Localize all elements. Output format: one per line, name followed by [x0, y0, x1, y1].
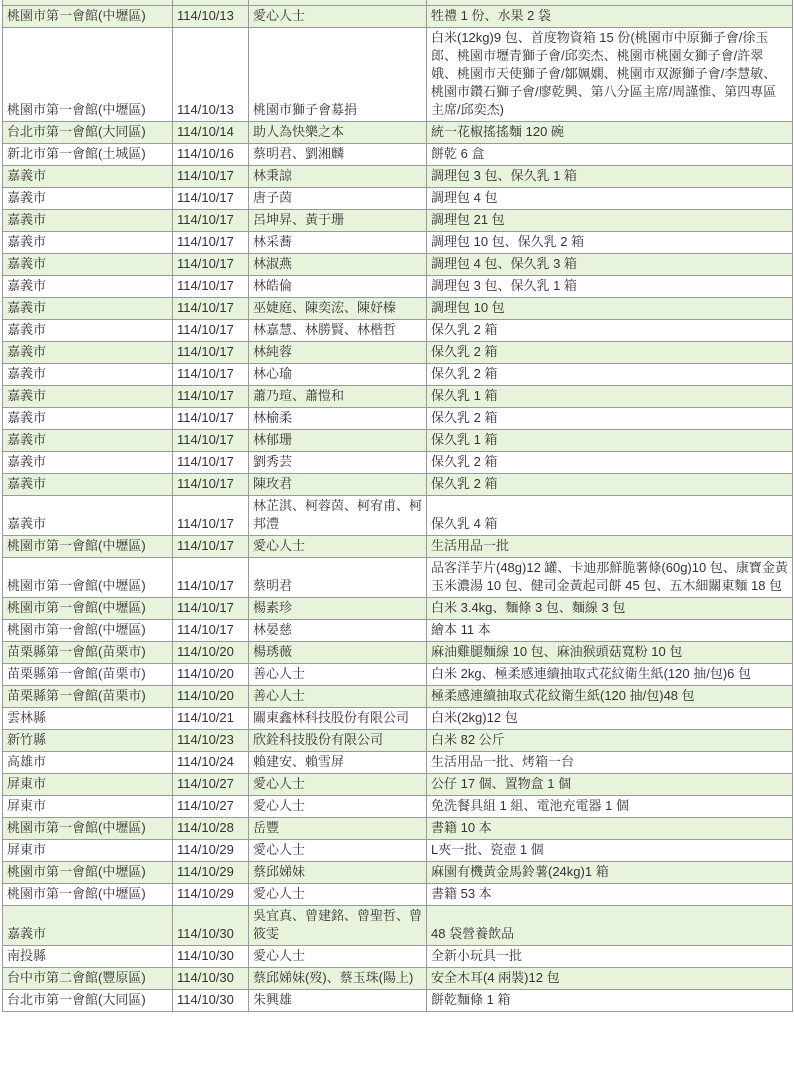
table-row: 嘉義市 114/10/17 林心瑜 保久乳 2 箱 — [3, 363, 793, 385]
table-row: 苗栗縣第一會館(苗栗市) 114/10/20 善心人士 白米 2kg、極柔感連續… — [3, 663, 793, 685]
items-cell: 麻園有機黃金馬鈴薯(24kg)1 箱 — [427, 861, 793, 883]
items-cell: 安全木耳(4 兩裝)12 包 — [427, 967, 793, 989]
items-cell: 保久乳 2 箱 — [427, 319, 793, 341]
donor-cell: 林芷淇、柯蓉茵、柯宥甫、柯邦澧 — [249, 495, 427, 535]
donor-cell: 善心人士 — [249, 685, 427, 707]
table-row: 嘉義市 114/10/17 蕭乃瑄、蕭愷和 保久乳 1 箱 — [3, 385, 793, 407]
location-cell: 嘉義市 — [3, 385, 173, 407]
donor-cell: 關東鑫林科技股份有限公司 — [249, 707, 427, 729]
date-cell: 114/10/17 — [173, 209, 249, 231]
items-cell: 白米(12kg)9 包、首度物資箱 15 份(桃園市中原獅子會/徐玉郎、桃園市壢… — [427, 27, 793, 121]
items-cell: 保久乳 4 箱 — [427, 495, 793, 535]
items-cell: 白米(2kg)12 包 — [427, 707, 793, 729]
table-row: 嘉義市 114/10/17 林郁珊 保久乳 1 箱 — [3, 429, 793, 451]
location-cell: 嘉義市 — [3, 363, 173, 385]
date-cell: 114/10/17 — [173, 535, 249, 557]
table-row: 桃園市第一會館(中壢區) 114/10/13 愛心人士 牲禮 1 份、水果 2 … — [3, 5, 793, 27]
table-row: 嘉義市 114/10/17 呂坤昇、黃于珊 調理包 21 包 — [3, 209, 793, 231]
items-cell: 統一花椒搖搖麵 120 碗 — [427, 121, 793, 143]
location-cell: 屏東市 — [3, 773, 173, 795]
donor-cell: 林嘉慧、林勝賢、林楷哲 — [249, 319, 427, 341]
date-cell: 114/10/20 — [173, 685, 249, 707]
date-cell: 114/10/27 — [173, 773, 249, 795]
location-cell: 桃園市第一會館(中壢區) — [3, 883, 173, 905]
items-cell: 調理包 4 包 — [427, 187, 793, 209]
table-row: 台北市第一會館(大同區) 114/10/30 朱興雄 餅乾麵條 1 箱 — [3, 989, 793, 1011]
donor-cell: 巫婕庭、陳奕浤、陳妤榛 — [249, 297, 427, 319]
table-row: 嘉義市 114/10/17 陳玫君 保久乳 2 箱 — [3, 473, 793, 495]
date-cell: 114/10/24 — [173, 751, 249, 773]
items-cell: 全新小玩具一批 — [427, 945, 793, 967]
donor-cell: 楊琇薇 — [249, 641, 427, 663]
donor-cell: 愛心人士 — [249, 883, 427, 905]
location-cell: 桃園市第一會館(中壢區) — [3, 597, 173, 619]
date-cell: 114/10/21 — [173, 707, 249, 729]
items-cell: 生活用品一批 — [427, 535, 793, 557]
date-cell: 114/10/17 — [173, 253, 249, 275]
items-cell: 麻油雞腿麵線 10 包、麻油猴頭菇寬粉 10 包 — [427, 641, 793, 663]
donor-cell: 蔡明君、劉湘麟 — [249, 143, 427, 165]
location-cell: 台中市第二會館(豐原區) — [3, 967, 173, 989]
donor-cell: 蔡邱娣妹(歿)、蔡玉珠(陽上) — [249, 967, 427, 989]
table-row: 台北市第一會館(大同區) 114/10/14 助人為快樂之本 統一花椒搖搖麵 1… — [3, 121, 793, 143]
items-cell: 牲禮 1 份、水果 2 袋 — [427, 5, 793, 27]
donor-cell: 助人為快樂之本 — [249, 121, 427, 143]
table-row: 嘉義市 114/10/17 林采蕎 調理包 10 包、保久乳 2 箱 — [3, 231, 793, 253]
date-cell: 114/10/30 — [173, 905, 249, 945]
table-row: 南投縣 114/10/30 愛心人士 全新小玩具一批 — [3, 945, 793, 967]
location-cell: 南投縣 — [3, 945, 173, 967]
donor-cell: 愛心人士 — [249, 839, 427, 861]
table-row: 嘉義市 114/10/17 林芷淇、柯蓉茵、柯宥甫、柯邦澧 保久乳 4 箱 — [3, 495, 793, 535]
date-cell: 114/10/30 — [173, 989, 249, 1011]
date-cell: 114/10/17 — [173, 319, 249, 341]
donor-cell: 林采蕎 — [249, 231, 427, 253]
items-cell: 白米 2kg、極柔感連續抽取式花紋衛生紙(120 抽/包)6 包 — [427, 663, 793, 685]
date-cell: 114/10/17 — [173, 619, 249, 641]
donor-cell: 林心瑜 — [249, 363, 427, 385]
table-row: 嘉義市 114/10/17 林嘉慧、林勝賢、林楷哲 保久乳 2 箱 — [3, 319, 793, 341]
date-cell: 114/10/16 — [173, 143, 249, 165]
table-row: 屏東市 114/10/27 愛心人士 公仔 17 個、置物盒 1 個 — [3, 773, 793, 795]
items-cell: 調理包 21 包 — [427, 209, 793, 231]
location-cell: 嘉義市 — [3, 473, 173, 495]
date-cell: 114/10/20 — [173, 663, 249, 685]
donation-record-page: 桃園市第一會館(中壢區) 114/10/13 愛心人士 牲禮 1 份、水果 2 … — [0, 0, 794, 1012]
date-cell: 114/10/28 — [173, 817, 249, 839]
items-cell: 公仔 17 個、置物盒 1 個 — [427, 773, 793, 795]
items-cell: 書籍 53 本 — [427, 883, 793, 905]
donor-cell: 桃園市獅子會募捐 — [249, 27, 427, 121]
donor-cell: 蔡明君 — [249, 557, 427, 597]
donor-cell: 愛心人士 — [249, 535, 427, 557]
location-cell: 嘉義市 — [3, 341, 173, 363]
date-cell: 114/10/30 — [173, 967, 249, 989]
items-cell: 調理包 4 包、保久乳 3 箱 — [427, 253, 793, 275]
table-row: 苗栗縣第一會館(苗栗市) 114/10/20 善心人士 極柔感連續抽取式花紋衛生… — [3, 685, 793, 707]
donor-cell: 吳宜真、曾建銘、曾聖哲、曾筱雯 — [249, 905, 427, 945]
date-cell: 114/10/17 — [173, 363, 249, 385]
location-cell: 高雄市 — [3, 751, 173, 773]
location-cell: 苗栗縣第一會館(苗栗市) — [3, 685, 173, 707]
table-row: 嘉義市 114/10/17 劉秀芸 保久乳 2 箱 — [3, 451, 793, 473]
date-cell: 114/10/13 — [173, 5, 249, 27]
items-cell: 48 袋營養飲品 — [427, 905, 793, 945]
table-row: 屏東市 114/10/29 愛心人士 L夾一批、瓷壺 1 個 — [3, 839, 793, 861]
donor-cell: 林皓倫 — [249, 275, 427, 297]
donor-cell: 愛心人士 — [249, 945, 427, 967]
location-cell: 雲林縣 — [3, 707, 173, 729]
location-cell: 桃園市第一會館(中壢區) — [3, 619, 173, 641]
table-row: 桃園市第一會館(中壢區) 114/10/17 愛心人士 生活用品一批 — [3, 535, 793, 557]
date-cell: 114/10/17 — [173, 451, 249, 473]
items-cell: 保久乳 1 箱 — [427, 385, 793, 407]
location-cell: 嘉義市 — [3, 165, 173, 187]
donor-cell: 愛心人士 — [249, 773, 427, 795]
items-cell: 白米 3.4kg、麵條 3 包、麵線 3 包 — [427, 597, 793, 619]
date-cell: 114/10/17 — [173, 165, 249, 187]
location-cell: 新竹縣 — [3, 729, 173, 751]
table-row: 嘉義市 114/10/17 巫婕庭、陳奕浤、陳妤榛 調理包 10 包 — [3, 297, 793, 319]
donor-cell: 賴建安、賴雪屏 — [249, 751, 427, 773]
items-cell: 保久乳 2 箱 — [427, 363, 793, 385]
location-cell: 桃園市第一會館(中壢區) — [3, 817, 173, 839]
items-cell: 調理包 3 包、保久乳 1 箱 — [427, 165, 793, 187]
items-cell: 書籍 10 本 — [427, 817, 793, 839]
date-cell: 114/10/17 — [173, 557, 249, 597]
donor-cell: 劉秀芸 — [249, 451, 427, 473]
date-cell: 114/10/29 — [173, 883, 249, 905]
table-row: 桃園市第一會館(中壢區) 114/10/17 林晏慈 繪本 11 本 — [3, 619, 793, 641]
location-cell: 桃園市第一會館(中壢區) — [3, 535, 173, 557]
table-row: 屏東市 114/10/27 愛心人士 免洗餐具組 1 組、電池充電器 1 個 — [3, 795, 793, 817]
table-row: 桃園市第一會館(中壢區) 114/10/29 蔡邱娣妹 麻園有機黃金馬鈴薯(24… — [3, 861, 793, 883]
location-cell: 嘉義市 — [3, 231, 173, 253]
table-row: 嘉義市 114/10/17 林皓倫 調理包 3 包、保久乳 1 箱 — [3, 275, 793, 297]
donor-cell: 林晏慈 — [249, 619, 427, 641]
donor-cell: 林榆柔 — [249, 407, 427, 429]
donor-cell: 善心人士 — [249, 663, 427, 685]
date-cell: 114/10/17 — [173, 495, 249, 535]
items-cell: 調理包 10 包 — [427, 297, 793, 319]
date-cell: 114/10/17 — [173, 385, 249, 407]
location-cell: 嘉義市 — [3, 187, 173, 209]
items-cell: 保久乳 1 箱 — [427, 429, 793, 451]
donor-cell: 林純蓉 — [249, 341, 427, 363]
items-cell: 餅乾 6 盒 — [427, 143, 793, 165]
donor-cell: 陳玫君 — [249, 473, 427, 495]
location-cell: 新北市第一會館(土城區) — [3, 143, 173, 165]
items-cell: 保久乳 2 箱 — [427, 451, 793, 473]
date-cell: 114/10/17 — [173, 187, 249, 209]
location-cell: 苗栗縣第一會館(苗栗市) — [3, 641, 173, 663]
date-cell: 114/10/17 — [173, 231, 249, 253]
date-cell: 114/10/30 — [173, 945, 249, 967]
date-cell: 114/10/13 — [173, 27, 249, 121]
donor-cell: 愛心人士 — [249, 5, 427, 27]
donor-cell: 欣銓科技股份有限公司 — [249, 729, 427, 751]
items-cell: 白米 82 公斤 — [427, 729, 793, 751]
date-cell: 114/10/17 — [173, 473, 249, 495]
table-row: 嘉義市 114/10/17 林榆柔 保久乳 2 箱 — [3, 407, 793, 429]
donor-cell: 楊素珍 — [249, 597, 427, 619]
table-row: 桃園市第一會館(中壢區) 114/10/17 蔡明君 品客洋芋片(48g)12 … — [3, 557, 793, 597]
items-cell: 繪本 11 本 — [427, 619, 793, 641]
location-cell: 桃園市第一會館(中壢區) — [3, 861, 173, 883]
date-cell: 114/10/17 — [173, 297, 249, 319]
location-cell: 苗栗縣第一會館(苗栗市) — [3, 663, 173, 685]
date-cell: 114/10/29 — [173, 861, 249, 883]
date-cell: 114/10/20 — [173, 641, 249, 663]
items-cell: 餅乾麵條 1 箱 — [427, 989, 793, 1011]
table-row: 嘉義市 114/10/17 林淑燕 調理包 4 包、保久乳 3 箱 — [3, 253, 793, 275]
location-cell: 嘉義市 — [3, 407, 173, 429]
table-row: 桃園市第一會館(中壢區) 114/10/17 楊素珍 白米 3.4kg、麵條 3… — [3, 597, 793, 619]
items-cell: L夾一批、瓷壺 1 個 — [427, 839, 793, 861]
items-cell: 品客洋芋片(48g)12 罐、卡迪那鮮脆薯條(60g)10 包、康寶金黃玉米濃湯… — [427, 557, 793, 597]
items-cell: 保久乳 2 箱 — [427, 473, 793, 495]
donor-cell: 林淑燕 — [249, 253, 427, 275]
table-row: 新竹縣 114/10/23 欣銓科技股份有限公司 白米 82 公斤 — [3, 729, 793, 751]
items-cell: 保久乳 2 箱 — [427, 407, 793, 429]
donation-table-body: 桃園市第一會館(中壢區) 114/10/13 愛心人士 牲禮 1 份、水果 2 … — [3, 0, 793, 1011]
location-cell: 嘉義市 — [3, 253, 173, 275]
table-row: 嘉義市 114/10/17 林秉諒 調理包 3 包、保久乳 1 箱 — [3, 165, 793, 187]
location-cell: 屏東市 — [3, 795, 173, 817]
location-cell: 嘉義市 — [3, 319, 173, 341]
location-cell: 嘉義市 — [3, 297, 173, 319]
table-row: 嘉義市 114/10/30 吳宜真、曾建銘、曾聖哲、曾筱雯 48 袋營養飲品 — [3, 905, 793, 945]
table-row: 桃園市第一會館(中壢區) 114/10/13 桃園市獅子會募捐 白米(12kg)… — [3, 27, 793, 121]
donor-cell: 愛心人士 — [249, 795, 427, 817]
date-cell: 114/10/17 — [173, 597, 249, 619]
location-cell: 屏東市 — [3, 839, 173, 861]
location-cell: 嘉義市 — [3, 429, 173, 451]
items-cell: 極柔感連續抽取式花紋衛生紙(120 抽/包)48 包 — [427, 685, 793, 707]
donor-cell: 林郁珊 — [249, 429, 427, 451]
location-cell: 嘉義市 — [3, 451, 173, 473]
date-cell: 114/10/17 — [173, 407, 249, 429]
date-cell: 114/10/17 — [173, 429, 249, 451]
date-cell: 114/10/23 — [173, 729, 249, 751]
location-cell: 台北市第一會館(大同區) — [3, 121, 173, 143]
items-cell: 調理包 3 包、保久乳 1 箱 — [427, 275, 793, 297]
items-cell: 免洗餐具組 1 組、電池充電器 1 個 — [427, 795, 793, 817]
table-row: 高雄市 114/10/24 賴建安、賴雪屏 生活用品一批、烤箱一台 — [3, 751, 793, 773]
donor-cell: 朱興雄 — [249, 989, 427, 1011]
table-row: 台中市第二會館(豐原區) 114/10/30 蔡邱娣妹(歿)、蔡玉珠(陽上) 安… — [3, 967, 793, 989]
table-row: 桃園市第一會館(中壢區) 114/10/28 岳豐 書籍 10 本 — [3, 817, 793, 839]
table-row: 雲林縣 114/10/21 關東鑫林科技股份有限公司 白米(2kg)12 包 — [3, 707, 793, 729]
location-cell: 桃園市第一會館(中壢區) — [3, 27, 173, 121]
location-cell: 嘉義市 — [3, 209, 173, 231]
date-cell: 114/10/27 — [173, 795, 249, 817]
donor-cell: 唐子茵 — [249, 187, 427, 209]
items-cell: 生活用品一批、烤箱一台 — [427, 751, 793, 773]
location-cell: 桃園市第一會館(中壢區) — [3, 557, 173, 597]
date-cell: 114/10/17 — [173, 275, 249, 297]
donor-cell: 林秉諒 — [249, 165, 427, 187]
table-row: 嘉義市 114/10/17 林純蓉 保久乳 2 箱 — [3, 341, 793, 363]
items-cell: 保久乳 2 箱 — [427, 341, 793, 363]
table-row: 苗栗縣第一會館(苗栗市) 114/10/20 楊琇薇 麻油雞腿麵線 10 包、麻… — [3, 641, 793, 663]
table-row: 嘉義市 114/10/17 唐子茵 調理包 4 包 — [3, 187, 793, 209]
location-cell: 嘉義市 — [3, 905, 173, 945]
date-cell: 114/10/29 — [173, 839, 249, 861]
donor-cell: 呂坤昇、黃于珊 — [249, 209, 427, 231]
date-cell: 114/10/14 — [173, 121, 249, 143]
donation-table: 桃園市第一會館(中壢區) 114/10/13 愛心人士 牲禮 1 份、水果 2 … — [2, 0, 793, 1012]
location-cell: 台北市第一會館(大同區) — [3, 989, 173, 1011]
location-cell: 桃園市第一會館(中壢區) — [3, 5, 173, 27]
donor-cell: 岳豐 — [249, 817, 427, 839]
table-row: 新北市第一會館(土城區) 114/10/16 蔡明君、劉湘麟 餅乾 6 盒 — [3, 143, 793, 165]
donor-cell: 蔡邱娣妹 — [249, 861, 427, 883]
location-cell: 嘉義市 — [3, 275, 173, 297]
table-row: 桃園市第一會館(中壢區) 114/10/29 愛心人士 書籍 53 本 — [3, 883, 793, 905]
date-cell: 114/10/17 — [173, 341, 249, 363]
location-cell: 嘉義市 — [3, 495, 173, 535]
donor-cell: 蕭乃瑄、蕭愷和 — [249, 385, 427, 407]
items-cell: 調理包 10 包、保久乳 2 箱 — [427, 231, 793, 253]
